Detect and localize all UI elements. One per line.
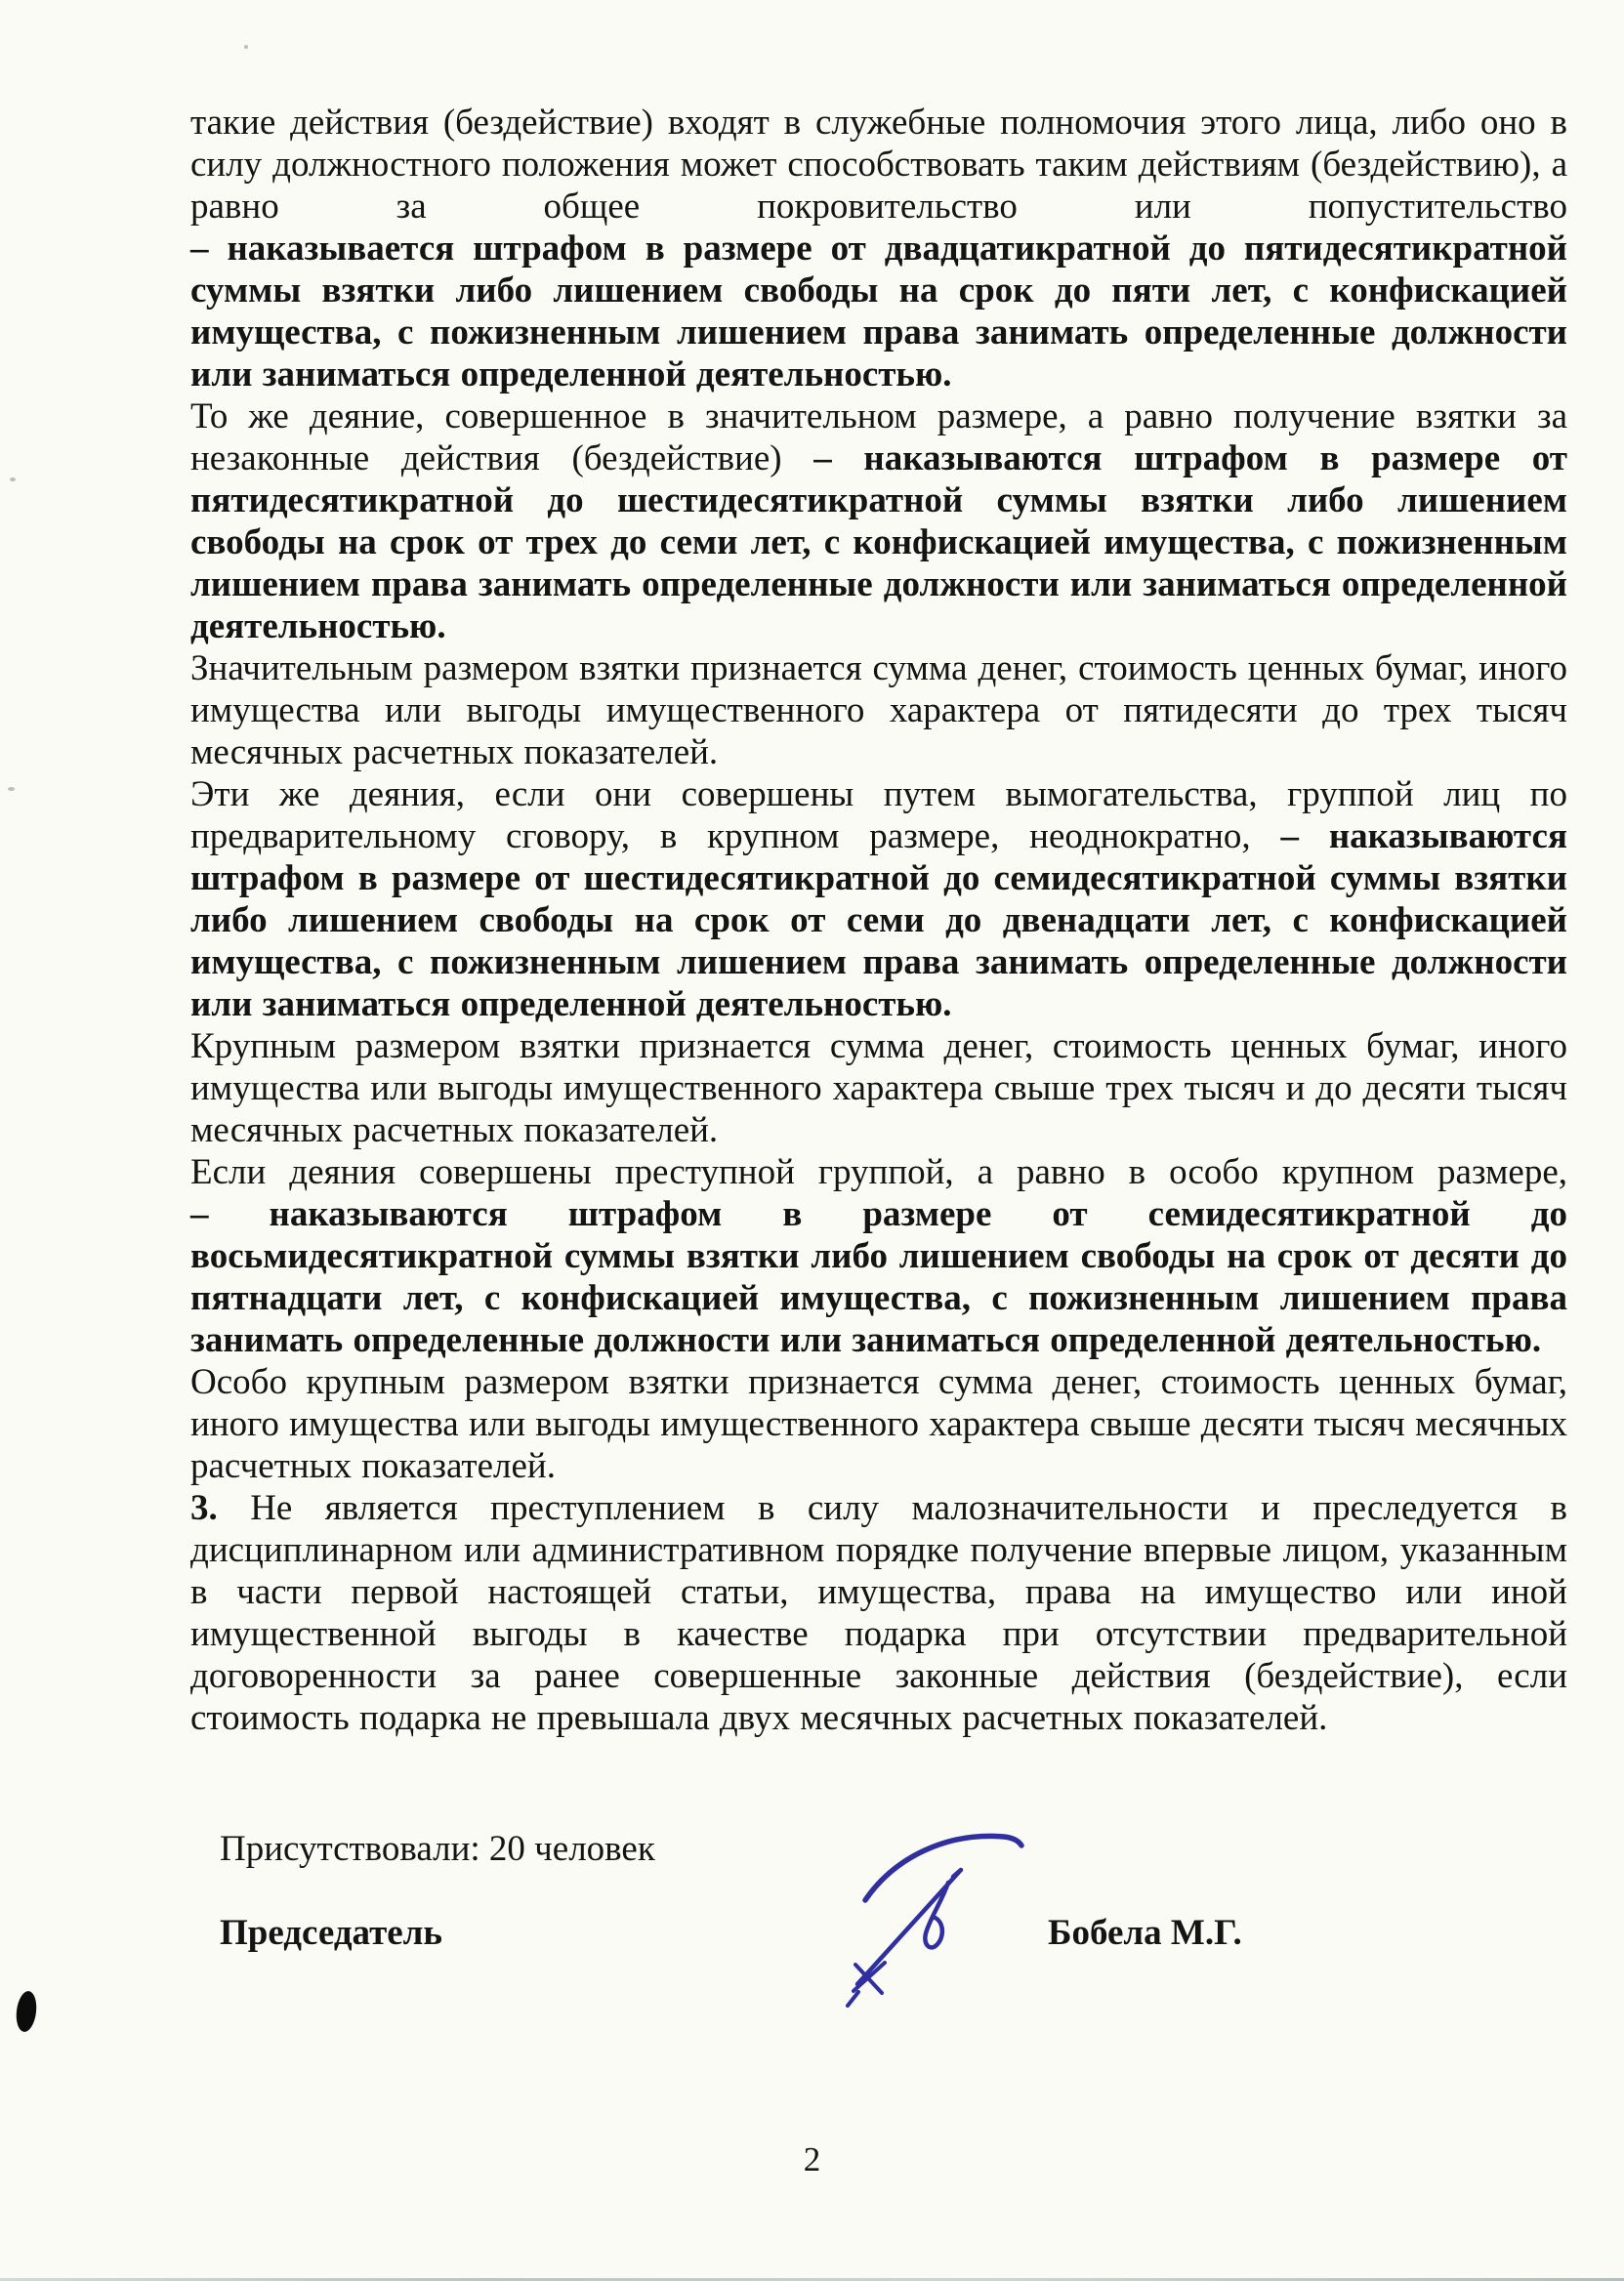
paragraph: – наказываются штрафом в размере от семи… xyxy=(190,1193,1567,1361)
scanned-document-page: { "page": { "number": "2", "paper_color"… xyxy=(0,0,1624,2281)
paragraph: Если деяния совершены преступной группой… xyxy=(190,1151,1567,1193)
chairman-label: Председатель xyxy=(220,1913,442,1953)
scan-speckle xyxy=(244,45,248,49)
bold-text-run: – наказываются штрафом в размере от семи… xyxy=(190,1194,1567,1360)
document-body: такие действия (бездействие) входят в сл… xyxy=(190,102,1567,1739)
scan-speckle xyxy=(10,477,16,481)
paragraph: То же деяние, совершенное в значительном… xyxy=(190,395,1567,647)
signature-loop-stroke xyxy=(925,1883,948,1947)
ink-blob-shape xyxy=(15,1990,39,2033)
text-run: Значительным размером взятки признается … xyxy=(190,648,1567,772)
paragraph: такие действия (бездействие) входят в сл… xyxy=(190,102,1567,228)
paragraph: Значительным размером взятки признается … xyxy=(190,647,1567,773)
signature-cross-stroke xyxy=(848,1963,885,2006)
paragraph: – наказывается штрафом в размере от двад… xyxy=(190,228,1567,395)
paragraph: Эти же деяния, если они совершены путем … xyxy=(190,773,1567,1025)
paragraph: Крупным размером взятки признается сумма… xyxy=(190,1025,1567,1151)
text-run: Не является преступлением в силу малозна… xyxy=(190,1488,1567,1738)
text-run: Крупным размером взятки признается сумма… xyxy=(190,1026,1567,1150)
chairman-name: Бобела М.Г. xyxy=(1048,1912,1242,1954)
ink-blob xyxy=(8,1984,47,2039)
bold-text-run: – наказывается штрафом в размере от двад… xyxy=(190,228,1567,394)
bold-text-run: 3. xyxy=(190,1488,250,1528)
text-run: такие действия (бездействие) входят в сл… xyxy=(190,103,1567,227)
page-number: 2 xyxy=(0,2138,1624,2180)
signature-icon xyxy=(828,1820,1053,2020)
paragraph: 3. Не является преступлением в силу мало… xyxy=(190,1487,1567,1739)
text-run: Особо крупным размером взятки признается… xyxy=(190,1362,1567,1486)
text-run: Если деяния совершены преступной группой… xyxy=(190,1152,1567,1192)
paragraph: Особо крупным размером взятки признается… xyxy=(190,1361,1567,1487)
scan-speckle xyxy=(8,787,15,791)
